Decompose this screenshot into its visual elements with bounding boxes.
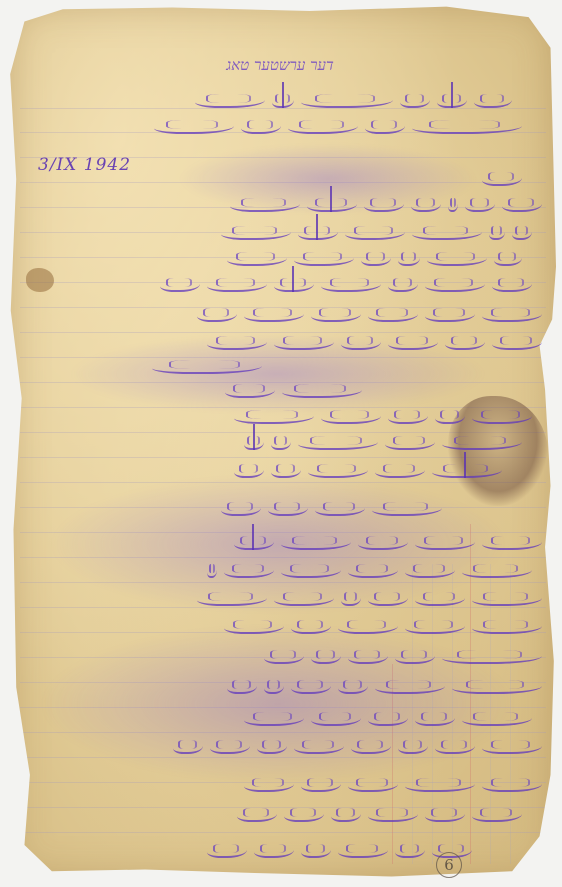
handwritten-line xyxy=(42,300,542,322)
ruled-line xyxy=(20,108,546,109)
handwritten-line xyxy=(22,732,542,754)
document-scan: דער ערשטער טאג 3/IX 1942 xyxy=(0,0,562,887)
handwritten-line xyxy=(62,218,532,240)
handwritten-line xyxy=(142,836,472,858)
document-date: 3/IX 1942 xyxy=(38,155,131,175)
handwritten-line xyxy=(122,800,522,822)
page-number: 6 xyxy=(436,852,462,878)
handwritten-line xyxy=(62,494,442,516)
handwritten-line xyxy=(42,112,522,134)
handwritten-line xyxy=(52,428,522,450)
handwritten-line xyxy=(42,86,512,108)
handwritten-line xyxy=(42,584,542,606)
handwritten-line xyxy=(52,270,532,292)
ruled-line xyxy=(20,832,546,833)
paper-stain xyxy=(26,268,54,292)
handwritten-line xyxy=(32,672,542,694)
handwritten-line xyxy=(32,612,542,634)
handwritten-line xyxy=(32,704,532,726)
handwritten-line xyxy=(42,190,542,212)
handwritten-line xyxy=(32,642,542,664)
handwritten-line xyxy=(42,556,532,578)
handwritten-line xyxy=(82,244,522,266)
handwritten-line xyxy=(42,402,532,424)
handwritten-line xyxy=(62,456,502,478)
handwritten-line xyxy=(42,376,362,398)
handwritten-line xyxy=(42,328,542,350)
handwritten-line xyxy=(22,770,542,792)
document-title: דער ערשטער טאג xyxy=(150,56,410,75)
handwritten-line xyxy=(42,528,542,550)
handwritten-line xyxy=(202,164,522,186)
handwritten-line xyxy=(62,352,262,374)
